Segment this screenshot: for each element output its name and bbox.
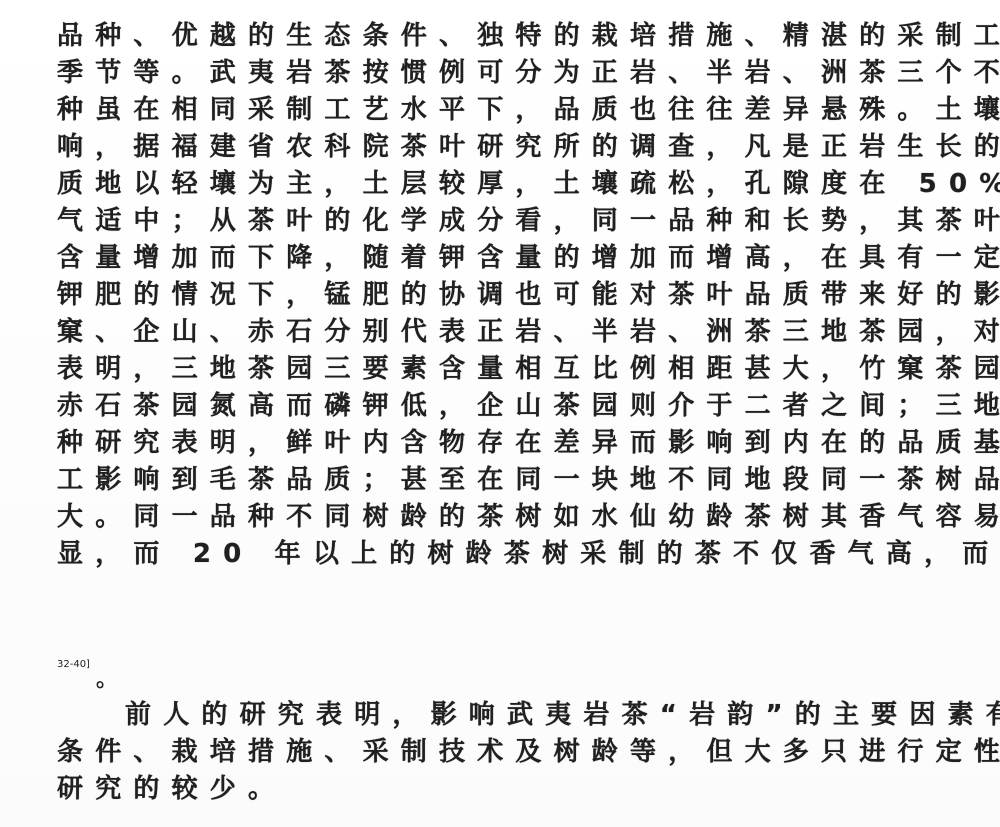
text-line: 种研究表明，鲜叶内含物存在差异而影响到内在的品质基础，进而通过加 <box>57 425 907 462</box>
text-line: 质地以轻壤为主，土层较厚，土壤疏松，孔隙度在 50%左右，土壤通风透 <box>57 166 907 203</box>
text-line: 窠、企山、赤石分别代表正岩、半岩、洲茶三地茶园，对三地的土壤调查 <box>57 314 907 351</box>
text-line: 品种、优越的生态条件、独特的栽培措施、精湛的采制工艺、树龄及生产 <box>57 18 907 55</box>
text-line: 含量增加而下降，随着钾含量的增加而增高，在具有一定含量的氮、磷、 <box>57 240 907 277</box>
text-line: 前人的研究表明，影响武夷岩茶“岩韵”的主要因素有品种、生态 <box>125 697 905 734</box>
text-line: 季节等。武夷岩茶按惯例可分为正岩、半岩、洲茶三个不同类型，相同品 <box>57 55 907 92</box>
sentence-end-mark: 。 <box>96 662 118 693</box>
text-line: 赤石茶园氮高而磷钾低，企山茶园则介于二者之间；三地以无性系水仙品 <box>57 388 907 425</box>
text-line-with-citation: 显，而 20 年以上的树龄茶树采制的茶不仅香气高，而且岩韵十分明显[14-15、 <box>57 536 907 573</box>
text-line: 钾肥的情况下，锰肥的协调也可能对茶叶品质带来好的影响；姚月明以竹 <box>57 277 907 314</box>
text-line: 条件、栽培措施、采制技术及树龄等，但大多只进行定性描述，进行定量 <box>57 734 907 771</box>
text-line: 大。同一品种不同树龄的茶树如水仙幼龄茶树其香气容易做出，但韵不明 <box>57 499 907 536</box>
text-line: 显，而 20 年以上的树龄茶树采制的茶不仅香气高，而且岩韵十分明显 <box>57 539 1000 569</box>
text-line: 气适中；从茶叶的化学成分看，同一品种和长势，其茶叶品质随着铝和钙 <box>57 203 907 240</box>
text-line: 表明，三地茶园三要素含量相互比例相距甚大，竹窠茶园磷钾高而氮低， <box>57 351 907 388</box>
text-line: 种虽在相同采制工艺水平下，品质也往往差异悬殊。土壤条件对品质的影 <box>57 92 907 129</box>
citation-reference-continued: 32-40] <box>57 658 90 672</box>
document-page: 品种、优越的生态条件、独特的栽培措施、精湛的采制工艺、树龄及生产 季节等。武夷岩… <box>0 0 1000 827</box>
text-line: 响，据福建省农科院茶叶研究所的调查，凡是正岩生长的土壤，含砾量高， <box>57 129 907 166</box>
text-line: 工影响到毛茶品质；甚至在同一块地不同地段同一茶树品种品质也差别甚 <box>57 462 907 499</box>
text-line: 研究的较少。 <box>57 771 907 808</box>
